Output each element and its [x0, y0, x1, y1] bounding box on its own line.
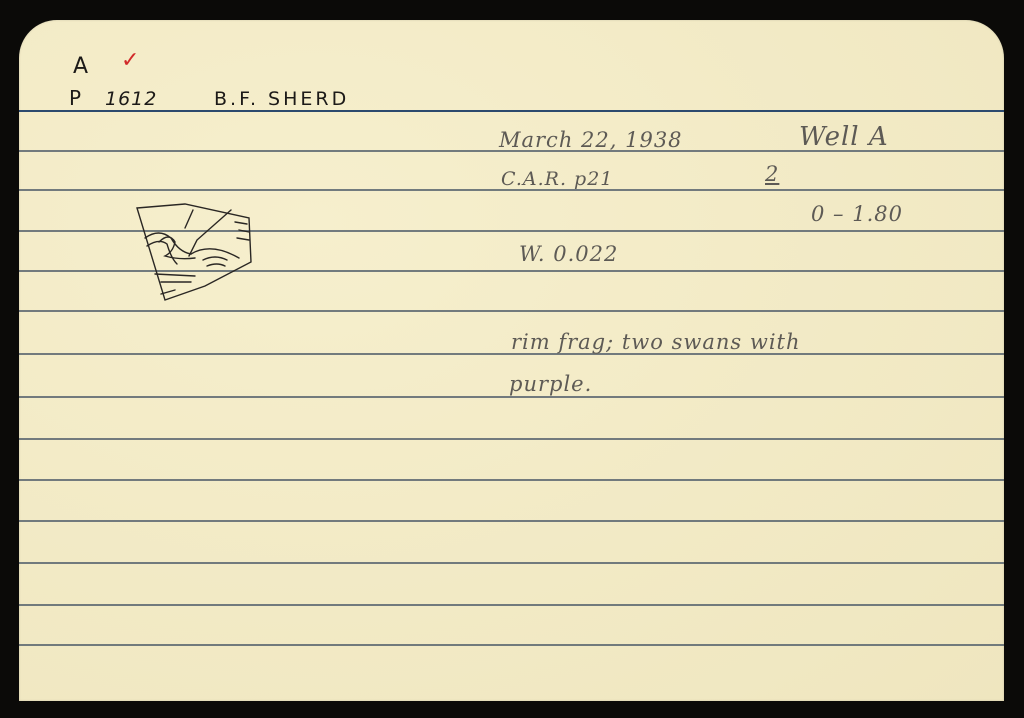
check-mark-icon: ✓	[121, 48, 140, 73]
index-card: A ✓ P 1612 B.F. SHERD March 22, 1938 Wel…	[19, 20, 1004, 701]
rule-line	[19, 562, 1004, 564]
width-measurement: W. 0.022	[519, 242, 618, 266]
section-letter: A	[73, 54, 89, 79]
description-line-2: purple.	[509, 372, 592, 396]
sherd-sketch-icon	[135, 202, 255, 302]
catalog-number: 1612	[105, 88, 157, 110]
layer-number: 2	[765, 162, 779, 186]
rule-line	[19, 604, 1004, 606]
object-title: B.F. SHERD	[214, 88, 349, 110]
rule-line	[19, 520, 1004, 522]
rule-line	[19, 644, 1004, 646]
header-rule-line	[19, 110, 1004, 112]
rule-line	[19, 310, 1004, 312]
catalog-prefix: P	[69, 86, 82, 110]
description-line-1: rim frag; two swans with	[511, 330, 801, 354]
rule-line	[19, 396, 1004, 398]
excavation-date: March 22, 1938	[499, 128, 683, 152]
depth-range: 0 – 1.80	[811, 202, 903, 226]
excavation-location: Well A	[799, 122, 889, 152]
notebook-reference: C.A.R. p21	[501, 168, 613, 190]
rule-line	[19, 438, 1004, 440]
rule-line	[19, 479, 1004, 481]
